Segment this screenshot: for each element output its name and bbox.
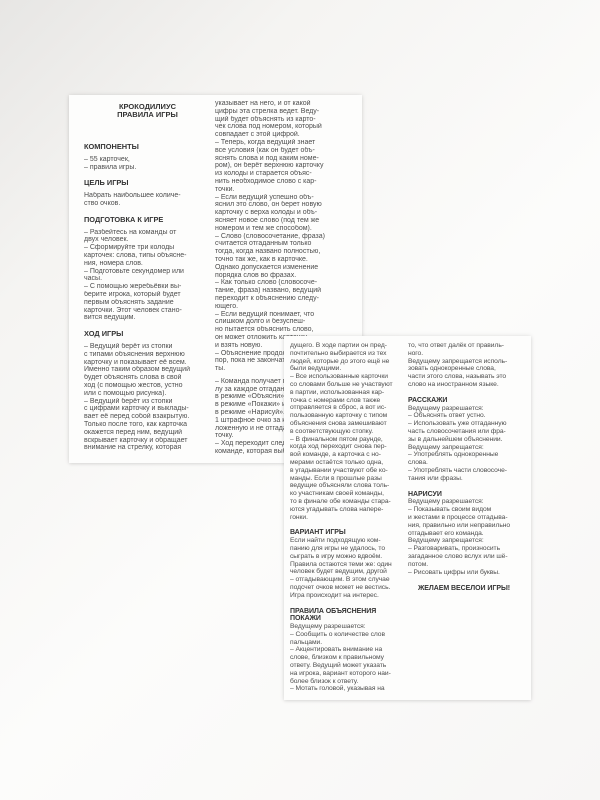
rules-column-1: КОМПОНЕНТЫ– 55 карточек,– правила игры.Ц… xyxy=(84,135,211,452)
text-line: – Рисовать цифры или буквы. xyxy=(408,569,520,577)
text-line: части этого слова, называть это xyxy=(408,373,520,381)
rules-column-4: то, что ответ далёк от правиль-ного.Веду… xyxy=(408,342,520,593)
text-line: часть словосочетания или фра- xyxy=(408,428,520,436)
text-line: из колоды и старается объяс- xyxy=(215,170,354,178)
text-line: и жестами в процессе отгадыва- xyxy=(408,514,520,522)
text-line: ход (с помощью жестов, устно xyxy=(84,382,211,390)
text-line: – правила игры. xyxy=(84,164,211,172)
text-line: точка с номерами слов также xyxy=(290,397,403,405)
text-line: людей, которые до этого ещё не xyxy=(290,358,403,366)
text-line: Если найти подходящую ком- xyxy=(290,537,403,545)
text-line: панию для игры не удалось, то xyxy=(290,545,403,553)
text-line: вой команде, а карточка с но- xyxy=(290,451,403,459)
text-line: первым объяснять задание xyxy=(84,299,211,307)
text-line: Ведущему разрешается: xyxy=(290,623,403,631)
text-line: карточки. Этот человек стано- xyxy=(84,307,211,315)
text-line: с цифрами карточку и выклады- xyxy=(84,405,211,413)
text-line: или с помощью рисунка). xyxy=(84,390,211,398)
text-line: то, что ответ далёк от правиль- xyxy=(408,342,520,350)
text-line: – Показывать своим видом xyxy=(408,506,520,514)
text-line: – 55 карточек, xyxy=(84,156,211,164)
text-line: Игра происходит на интерес. xyxy=(290,592,403,600)
text-line: яснил это слово, он берет новую xyxy=(215,201,354,209)
text-line: Только после того, как карточка xyxy=(84,421,211,429)
section-heading: ЖЕЛАЕМ ВЕСЁЛОЙ ИГРЫ! xyxy=(408,585,520,593)
text-line: ния, правильно или неправильно xyxy=(408,522,520,530)
text-line: – Подготовьте секундомер или xyxy=(84,268,211,276)
text-line: Однако допускается изменение xyxy=(215,264,354,272)
text-line: слова. xyxy=(408,459,520,467)
text-line: нить необходимое слово с кар- xyxy=(215,178,354,186)
text-line: – С помощью жеребьёвки вы- xyxy=(84,283,211,291)
text-line: – Ведущий берёт из стопки xyxy=(84,398,211,406)
text-line: слове, близком к правильному xyxy=(290,654,403,662)
text-line: с типами объяснения верхнюю xyxy=(84,351,211,359)
text-line: Ведущему запрещается: xyxy=(408,537,520,545)
rules-column-3: дущего. В ходе партии он пред-почтительн… xyxy=(290,342,403,693)
rules-page-2: дущего. В ходе партии он пред-почтительн… xyxy=(284,336,531,700)
text-line: – Разбейтесь на команды от xyxy=(84,229,211,237)
text-line: мерами остаётся только одна, xyxy=(290,459,403,467)
text-line: вится ведущим. xyxy=(84,314,211,322)
text-line: часы. xyxy=(84,275,211,283)
text-line: – Акцентировать внимание на xyxy=(290,646,403,654)
text-line: карточку и показывает её всем. xyxy=(84,359,211,367)
text-line: в соответствующую стопку. xyxy=(290,428,403,436)
text-line: ром), он берёт верхнюю карточку xyxy=(215,162,354,170)
section-heading: ЦЕЛЬ ИГРЫ xyxy=(84,179,211,187)
text-line: ного. xyxy=(408,350,520,358)
section-heading: НАРИСУЙ xyxy=(408,491,520,499)
text-line: цифры эта стрелка ведет. Веду- xyxy=(215,108,354,116)
text-line: ство очков. xyxy=(84,200,211,208)
text-line: считается отгаданным только xyxy=(215,240,354,248)
text-line: в угадывании участвуют обе ко- xyxy=(290,467,403,475)
text-line: тания или фразы. xyxy=(408,475,520,483)
text-line: карточку с верха колоды и объ- xyxy=(215,209,354,217)
text-line: карточек: слова, типы объясне- xyxy=(84,252,211,260)
text-line: объяснения снова замешивают xyxy=(290,420,403,428)
text-line: отправляется в сброс, а вот ис- xyxy=(290,404,403,412)
text-line: – отгадывающим. В этом случае xyxy=(290,576,403,584)
text-line: точки. xyxy=(215,186,354,194)
text-line: ния, номера слов. xyxy=(84,260,211,268)
text-line: ведущие объясняли слова толь- xyxy=(290,482,403,490)
text-line: точно так же, как в карточке. xyxy=(215,256,354,264)
text-line: – Разговаривать, произносить xyxy=(408,545,520,553)
section-heading: ПОКАЖИ xyxy=(290,615,403,623)
text-line: – Если ведущий успешно объ- xyxy=(215,194,354,202)
scan-background: КРОКОДИЛИУС ПРАВИЛА ИГРЫ КОМПОНЕНТЫ– 55 … xyxy=(0,0,600,800)
text-line: щий будет объяснять из карто- xyxy=(215,116,354,124)
text-line: внимание на стрелку, которая xyxy=(84,444,211,452)
text-line: – Ведущий берёт из стопки xyxy=(84,343,211,351)
text-line: Ведущему разрешается: xyxy=(408,405,520,413)
text-line: переходит к объяснению следу- xyxy=(215,295,354,303)
text-line: в партии, использованная кар- xyxy=(290,389,403,397)
section-heading: ХОД ИГРЫ xyxy=(84,330,211,338)
text-line: номером и тем же способом). xyxy=(215,225,354,233)
text-line: – Как только слово (словосоче- xyxy=(215,279,354,287)
text-line: – Если ведущий понимает, что xyxy=(215,311,354,319)
text-line: пальцами. xyxy=(290,639,403,647)
section-heading: КОМПОНЕНТЫ xyxy=(84,143,211,151)
text-line: вает её перед собой взакрытую. xyxy=(84,413,211,421)
text-line: манды. Если в прошлые разы xyxy=(290,475,403,483)
text-line: будет объяснять слова в свой xyxy=(84,374,211,382)
section-heading: ПОДГОТОВКА К ИГРЕ xyxy=(84,216,211,224)
text-line: со словами больше не участвуют xyxy=(290,381,403,389)
text-line: – Объяснять ответ устно. xyxy=(408,412,520,420)
section-heading: ПРАВИЛА ОБЪЯСНЕНИЯ xyxy=(290,608,403,616)
text-line: загаданное слово вслух или шё- xyxy=(408,553,520,561)
text-line: – Слово (словосочетание, фраза) xyxy=(215,233,354,241)
text-line: были ведущими. xyxy=(290,365,403,373)
text-line: гонки. xyxy=(290,514,403,522)
text-line: Именно таким образом ведущий xyxy=(84,366,211,374)
text-line: – Сообщить о количестве слов xyxy=(290,631,403,639)
text-line: двух человек. xyxy=(84,236,211,244)
text-line: дущего. В ходе партии он пред- xyxy=(290,342,403,350)
text-line: берите игрока, который будет xyxy=(84,291,211,299)
text-line: ответу. Ведущий может указать xyxy=(290,662,403,670)
text-line: отгадывает его команда. xyxy=(408,530,520,538)
text-line: Набрать наибольшее количе- xyxy=(84,192,211,200)
text-line: более близок к ответу. xyxy=(290,678,403,686)
text-line: но пытается объяснить слово, xyxy=(215,326,354,334)
text-line: слово на иностранном языке. xyxy=(408,381,520,389)
text-line: ются угадывать слова напере- xyxy=(290,506,403,514)
text-line: почтительно выбирается из тех xyxy=(290,350,403,358)
text-line: – Использовать уже отгаданную xyxy=(408,420,520,428)
text-line: – Мотать головой, указывая на xyxy=(290,685,403,693)
text-line: Ведущему запрещается исполь- xyxy=(408,358,520,366)
page-subtitle: ПРАВИЛА ИГРЫ xyxy=(84,111,211,119)
text-line: вскрывает карточку и обращает xyxy=(84,437,211,445)
text-line: подсчет очков может не вестись. xyxy=(290,584,403,592)
text-line: Ведущему запрещается: xyxy=(408,444,520,452)
text-line: ющего. xyxy=(215,303,354,311)
text-line: – В финальном пятом раунде, xyxy=(290,436,403,444)
text-line: зы в дальнейшем объяснении. xyxy=(408,436,520,444)
text-line: на игрока, вариант которого наи- xyxy=(290,670,403,678)
text-line: Правила остаются теми же: один xyxy=(290,561,403,569)
text-line: чек слова под номером, который xyxy=(215,123,354,131)
text-line: порядка слов во фразах. xyxy=(215,272,354,280)
text-line: человек будет ведущим, другой xyxy=(290,568,403,576)
text-line: – Теперь, когда ведущий знает xyxy=(215,139,354,147)
text-line: ясняет новое слово (под тем же xyxy=(215,217,354,225)
text-line: окажется перед ним, ведущий xyxy=(84,429,211,437)
text-line: ко участникам своей команды, xyxy=(290,490,403,498)
text-line: Ведущему разрешается: xyxy=(408,498,520,506)
text-line: слишком долго и безуспеш- xyxy=(215,318,354,326)
text-line: зовать однокоренные слова, xyxy=(408,365,520,373)
text-line: тогда, когда названо полностью, xyxy=(215,248,354,256)
text-line: то в финале обе команды стара- xyxy=(290,498,403,506)
section-heading: РАССКАЖИ xyxy=(408,397,520,405)
text-line: – Сформируйте три колоды xyxy=(84,244,211,252)
text-line: тание, фраза) названо, ведущий xyxy=(215,287,354,295)
section-heading: ВАРИАНТ ИГРЫ xyxy=(290,529,403,537)
text-line: потом. xyxy=(408,561,520,569)
text-line: совпадает с этой цифрой. xyxy=(215,131,354,139)
text-line: все условия (как он будет объ- xyxy=(215,147,354,155)
text-line: сыграть в игру можно вдвоём. xyxy=(290,553,403,561)
text-line: – Употреблять части словосоче- xyxy=(408,467,520,475)
text-line: указывает на него, и от какой xyxy=(215,100,354,108)
text-line: пользованную карточку с типом xyxy=(290,412,403,420)
text-line: когда ход переходит снова пер- xyxy=(290,443,403,451)
page-title: КРОКОДИЛИУС ПРАВИЛА ИГРЫ xyxy=(84,103,211,119)
text-line: – Употреблять однокоренные xyxy=(408,451,520,459)
text-line: – Все использованные карточки xyxy=(290,373,403,381)
text-line: яснять слова и под каким номе- xyxy=(215,155,354,163)
